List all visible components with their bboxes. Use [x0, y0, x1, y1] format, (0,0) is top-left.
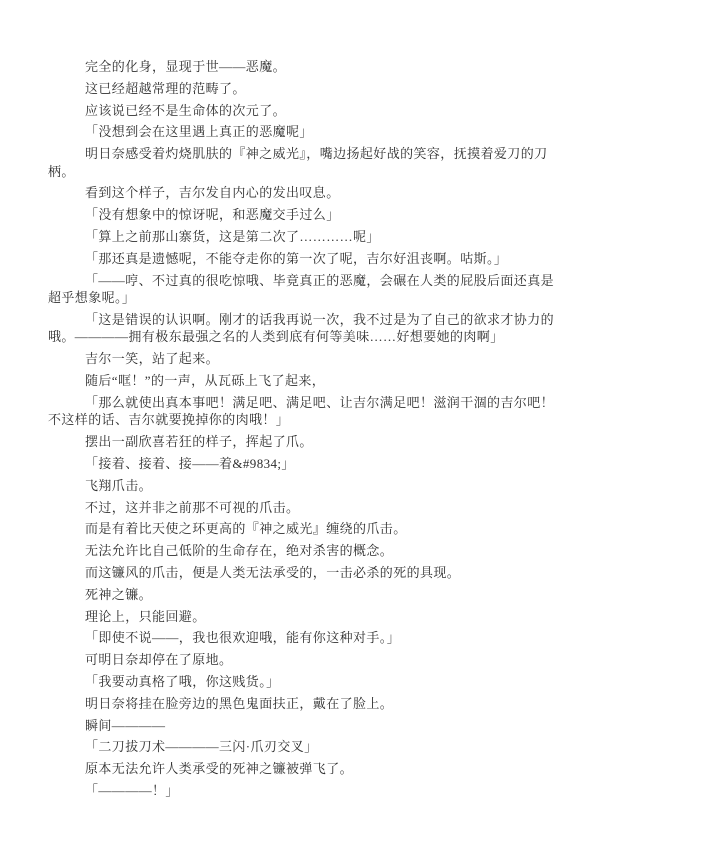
paragraph: 「即使不说——，我也很欢迎哦，能有你这种对手。」: [48, 629, 658, 647]
text-line: 可明日奈却停在了原地。: [48, 651, 658, 669]
text-line: 「二刀拔刀术————三闪·爪刃交叉」: [48, 738, 658, 756]
paragraph: 「没有想象中的惊讶呢，和恶魔交手过么」: [48, 206, 658, 224]
paragraph: 看到这个样子，吉尔发自内心的发出叹息。: [48, 184, 658, 202]
paragraph: 「那么就使出真本事吧！满足吧、满足吧、让吉尔满足吧！滋润干涸的吉尔吧！不这样的话…: [48, 394, 658, 429]
text-line: 死神之镰。: [48, 586, 658, 604]
paragraph: 飞翔爪击。: [48, 477, 658, 495]
paragraph: 死神之镰。: [48, 586, 658, 604]
paragraph: 明日奈将挂在脸旁边的黑色鬼面扶正，戴在了脸上。: [48, 695, 658, 713]
paragraph: 「接着、接着、接——着&#9834;」: [48, 455, 658, 473]
text-line: 明日奈将挂在脸旁边的黑色鬼面扶正，戴在了脸上。: [48, 695, 658, 713]
text-line: 完全的化身，显现于世——恶魔。: [48, 58, 658, 76]
text-line: 不这样的话、吉尔就要挽掉你的肉哦！」: [48, 411, 658, 429]
paragraph: 可明日奈却停在了原地。: [48, 651, 658, 669]
text-line: 「这是错误的认识啊。刚才的话我再说一次，我不过是为了自己的欲求才协力的: [48, 311, 658, 329]
text-line: 「那还真是遗憾呢，不能夺走你的第一次了呢，吉尔好沮丧啊。咕斯。」: [48, 250, 658, 268]
text-line: 「————！」: [48, 782, 658, 800]
paragraph: 「那还真是遗憾呢，不能夺走你的第一次了呢，吉尔好沮丧啊。咕斯。」: [48, 250, 658, 268]
text-line: 「那么就使出真本事吧！满足吧、满足吧、让吉尔满足吧！滋润干涸的吉尔吧！: [48, 394, 658, 412]
text-line: 「我要动真格了哦，你这贱货。」: [48, 673, 658, 691]
text-line: 「接着、接着、接——着&#9834;」: [48, 455, 658, 473]
paragraph: 吉尔一笑，站了起来。: [48, 350, 658, 368]
text-line: 应该说已经不是生命体的次元了。: [48, 102, 658, 120]
paragraph: 「二刀拔刀术————三闪·爪刃交叉」: [48, 738, 658, 756]
paragraph: 原本无法允许人类承受的死神之镰被弹飞了。: [48, 760, 658, 778]
novel-page: 完全的化身，显现于世——恶魔。这已经超越常理的范畴了。应该说已经不是生命体的次元…: [0, 0, 708, 850]
text-line: 超乎想象呢。」: [48, 289, 658, 307]
paragraph: 「算上之前那山寨货，这是第二次了…………呢」: [48, 228, 658, 246]
text-line: 原本无法允许人类承受的死神之镰被弹飞了。: [48, 760, 658, 778]
text-line: 柄。: [48, 163, 658, 181]
text-line: 随后“哐！”的一声，从瓦砾上飞了起来，: [48, 372, 658, 390]
paragraph: 摆出一副欣喜若狂的样子，挥起了爪。: [48, 433, 658, 451]
text-line: 吉尔一笑，站了起来。: [48, 350, 658, 368]
text-line: 「算上之前那山寨货，这是第二次了…………呢」: [48, 228, 658, 246]
text-content: 完全的化身，显现于世——恶魔。这已经超越常理的范畴了。应该说已经不是生命体的次元…: [48, 58, 658, 799]
paragraph: 明日奈感受着灼烧肌肤的『神之威光』，嘴边扬起好战的笑容，抚摸着爱刀的刀柄。: [48, 145, 658, 180]
text-line: 「没有想象中的惊讶呢，和恶魔交手过么」: [48, 206, 658, 224]
text-line: 摆出一副欣喜若狂的样子，挥起了爪。: [48, 433, 658, 451]
text-line: 「没想到会在这里遇上真正的恶魔呢」: [48, 123, 658, 141]
paragraph: 而这镰风的爪击，便是人类无法承受的，一击必杀的死的具现。: [48, 564, 658, 582]
text-line: 瞬间————: [48, 717, 658, 735]
paragraph: 应该说已经不是生命体的次元了。: [48, 102, 658, 120]
paragraph: 而是有着比天使之环更高的『神之威光』缠绕的爪击。: [48, 520, 658, 538]
text-line: 飞翔爪击。: [48, 477, 658, 495]
paragraph: 瞬间————: [48, 717, 658, 735]
paragraph: 「这是错误的认识啊。刚才的话我再说一次，我不过是为了自己的欲求才协力的哦。———…: [48, 311, 658, 346]
text-line: 而是有着比天使之环更高的『神之威光』缠绕的爪击。: [48, 520, 658, 538]
paragraph: 「————！」: [48, 782, 658, 800]
paragraph: 「没想到会在这里遇上真正的恶魔呢」: [48, 123, 658, 141]
text-line: 「——哼、不过真的很吃惊哦、毕竟真正的恶魔，会碾在人类的屁股后面还真是: [48, 272, 658, 290]
text-line: 这已经超越常理的范畴了。: [48, 80, 658, 98]
paragraph: 不过，这并非之前那不可视的爪击。: [48, 499, 658, 517]
text-line: 而这镰风的爪击，便是人类无法承受的，一击必杀的死的具现。: [48, 564, 658, 582]
text-line: 无法允许比自己低阶的生命存在，绝对杀害的概念。: [48, 542, 658, 560]
text-line: 看到这个样子，吉尔发自内心的发出叹息。: [48, 184, 658, 202]
paragraph: 这已经超越常理的范畴了。: [48, 80, 658, 98]
paragraph: 无法允许比自己低阶的生命存在，绝对杀害的概念。: [48, 542, 658, 560]
text-line: 哦。————拥有极东最强之名的人类到底有何等美味……好想要她的肉啊」: [48, 328, 658, 346]
text-line: 理论上，只能回避。: [48, 608, 658, 626]
text-line: 「即使不说——，我也很欢迎哦，能有你这种对手。」: [48, 629, 658, 647]
paragraph: 理论上，只能回避。: [48, 608, 658, 626]
paragraph: 随后“哐！”的一声，从瓦砾上飞了起来，: [48, 372, 658, 390]
paragraph: 「我要动真格了哦，你这贱货。」: [48, 673, 658, 691]
text-line: 明日奈感受着灼烧肌肤的『神之威光』，嘴边扬起好战的笑容，抚摸着爱刀的刀: [48, 145, 658, 163]
text-line: 不过，这并非之前那不可视的爪击。: [48, 499, 658, 517]
paragraph: 完全的化身，显现于世——恶魔。: [48, 58, 658, 76]
paragraph: 「——哼、不过真的很吃惊哦、毕竟真正的恶魔，会碾在人类的屁股后面还真是超乎想象呢…: [48, 272, 658, 307]
